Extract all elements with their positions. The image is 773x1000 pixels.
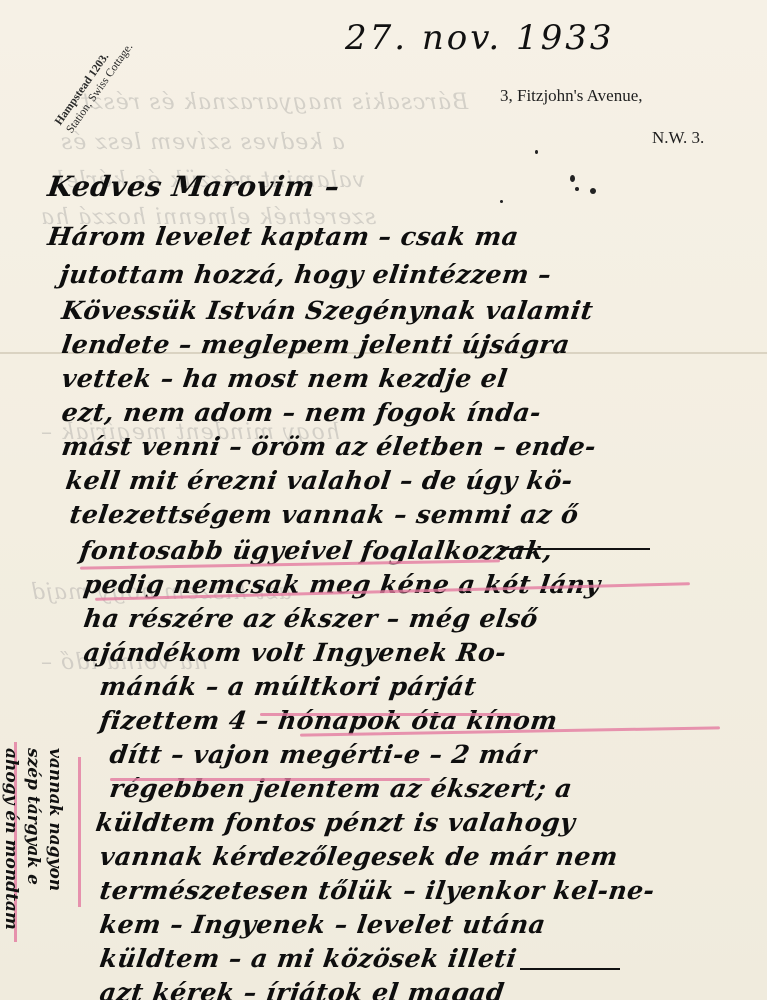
ink-speck: [590, 188, 596, 194]
pink-margin-mark: [78, 757, 81, 907]
letter-line: vettek – ha most nem kezdje el: [60, 364, 509, 393]
letter-line: kem – Ingyenek – levelet utána: [98, 910, 548, 939]
letterhead-address-street: 3, Fitzjohn's Avenue,: [500, 86, 643, 106]
letter-paper: Bárcsakis magyaraznak és részt a kedves …: [0, 0, 773, 1000]
letter-line: jutottam hozzá, hogy elintézzem –: [58, 260, 553, 289]
bleed-through-text: Bárcsakis magyaraznak és részt: [80, 90, 468, 115]
letter-line: mánák – a múltkori párját: [98, 672, 478, 701]
margin-note-line: ahogy én mondtam: [0, 748, 22, 930]
scan-edge: [767, 0, 773, 1000]
letter-date: 27. nov. 1933: [345, 18, 615, 58]
pink-highlight: [260, 713, 520, 716]
ink-underline: [500, 548, 650, 550]
ink-underline: [520, 968, 620, 970]
letterhead-address-postcode: N.W. 3.: [652, 128, 704, 148]
ink-speck: [500, 200, 503, 203]
letter-line: vannak kérdezőlegesek de már nem: [98, 842, 620, 871]
margin-note: vannak nagyon szép tárgyak e ahogy én mo…: [66, 748, 67, 1000]
bleed-through-text: a kedves szívem lesz és: [60, 130, 345, 155]
telephone-stamp: Hampstead 1203. Station, Swiss Cottage.: [52, 33, 136, 136]
letter-line: ha részére az ékszer – még első: [82, 604, 540, 633]
letter-line: mást venni – öröm az életben – ende-: [60, 432, 598, 461]
letter-salutation: Kedves Marovim –: [46, 170, 342, 203]
letter-line: küldtem fontos pénzt is valahogy: [94, 808, 577, 837]
ink-speck: [535, 150, 538, 154]
ink-speck: [575, 187, 579, 191]
letter-line: dítt – vajon megérti-e – 2 már: [108, 740, 538, 769]
letter-line: pedig nemcsak meg kéne a két lány: [82, 570, 603, 599]
pink-highlight: [110, 778, 430, 781]
letter-line: Kövessük István Szegénynak valamit: [60, 296, 595, 325]
ink-speck: [570, 175, 575, 182]
letter-line: ezt, nem adom – nem fogok índa-: [60, 398, 543, 427]
letter-line: küldtem – a mi közösek illeti: [98, 944, 519, 973]
letter-line: lendete – meglepem jelenti újságra: [60, 330, 572, 359]
letter-line: azt kérek – írjátok el magad: [98, 978, 506, 1000]
margin-note-line: vannak nagyon: [44, 748, 66, 930]
letter-line: természetesen tőlük – ilyenkor kel-ne-: [98, 876, 657, 905]
margin-note-line: szép tárgyak e: [22, 748, 44, 930]
letter-line: telezettségem vannak – semmi az ő: [68, 500, 581, 529]
letter-line: ajándékom volt Ingyenek Ro-: [82, 638, 508, 667]
letter-line: kell mit érezni valahol – de úgy kö-: [64, 466, 575, 495]
letter-line: Három levelet kaptam – csak ma: [46, 222, 521, 251]
